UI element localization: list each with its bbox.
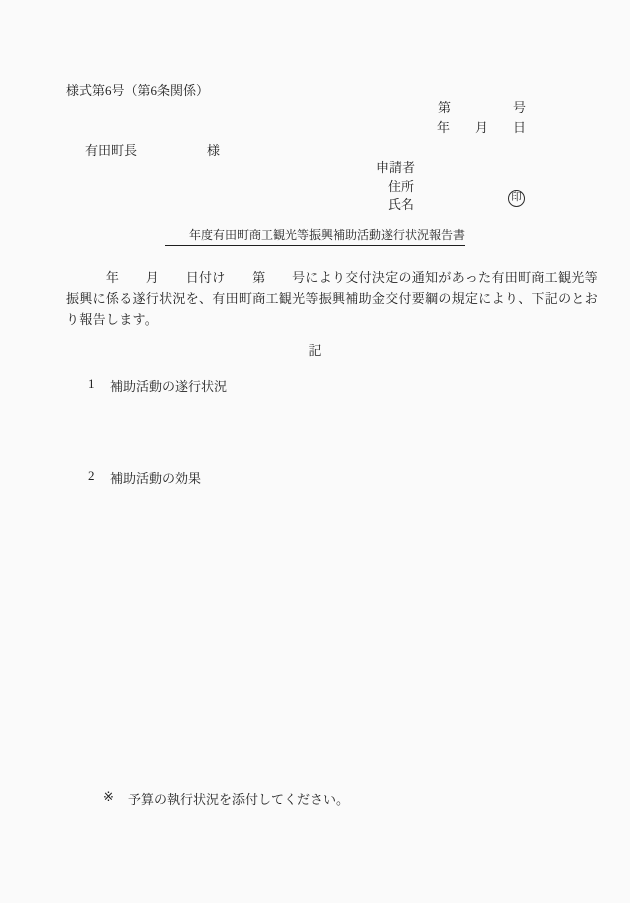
footnote-text: 予算の執行状況を添付してください。 — [128, 789, 349, 808]
applicant-name-label: 氏名 — [388, 194, 414, 213]
record-marker: 記 — [0, 340, 630, 359]
addressee-name: 有田町長 — [85, 140, 137, 159]
section-1-number: 1 — [88, 376, 97, 395]
footnote-marker: ※ — [103, 789, 116, 808]
body-paragraph: 年 月 日付け 第 号により交付決定の通知があった有田町商工観光等 振興に係る遂… — [66, 267, 578, 330]
document-title-row: 年度有田町商工観光等振興補助活動遂行状況報告書 — [0, 226, 630, 246]
footnote: ※ 予算の執行状況を添付してください。 — [103, 789, 349, 808]
doc-number-line: 第 号 — [438, 97, 526, 116]
date-month-label: 月 — [475, 117, 488, 136]
applicant-label: 申請者 — [376, 157, 415, 176]
seal-stamp-icon: 印 — [508, 190, 525, 207]
section-item-1: 1 補助活動の遂行状況 — [88, 376, 227, 395]
addressee-line: 有田町長 様 — [85, 140, 220, 159]
form-number-label: 様式第6号（第6条関係） — [66, 80, 209, 99]
body-line-1: 年 月 日付け 第 号により交付決定の通知があった有田町商工観光等 — [66, 267, 578, 288]
doc-number-suffix: 号 — [513, 97, 526, 116]
doc-number-prefix: 第 — [438, 97, 451, 116]
date-year-label: 年 — [437, 117, 450, 136]
body-line-2: 振興に係る遂行状況を、有田町商工観光等振興補助金交付要綱の規定により、下記のとお — [66, 288, 578, 309]
section-2-title: 補助活動の効果 — [110, 468, 201, 487]
document-page: 様式第6号（第6条関係） 第 号 年 月 日 有田町長 様 申請者 住所 氏名 … — [0, 0, 630, 903]
section-item-2: 2 補助活動の効果 — [88, 468, 201, 487]
document-title: 年度有田町商工観光等振興補助活動遂行状況報告書 — [165, 226, 465, 246]
addressee-honorific: 様 — [207, 140, 220, 159]
body-line-3: り報告します。 — [66, 309, 578, 330]
date-line: 年 月 日 — [437, 117, 526, 136]
section-1-title: 補助活動の遂行状況 — [110, 376, 227, 395]
date-day-label: 日 — [513, 117, 526, 136]
seal-character: 印 — [511, 193, 522, 204]
applicant-address-label: 住所 — [388, 176, 414, 195]
section-2-number: 2 — [88, 468, 97, 487]
